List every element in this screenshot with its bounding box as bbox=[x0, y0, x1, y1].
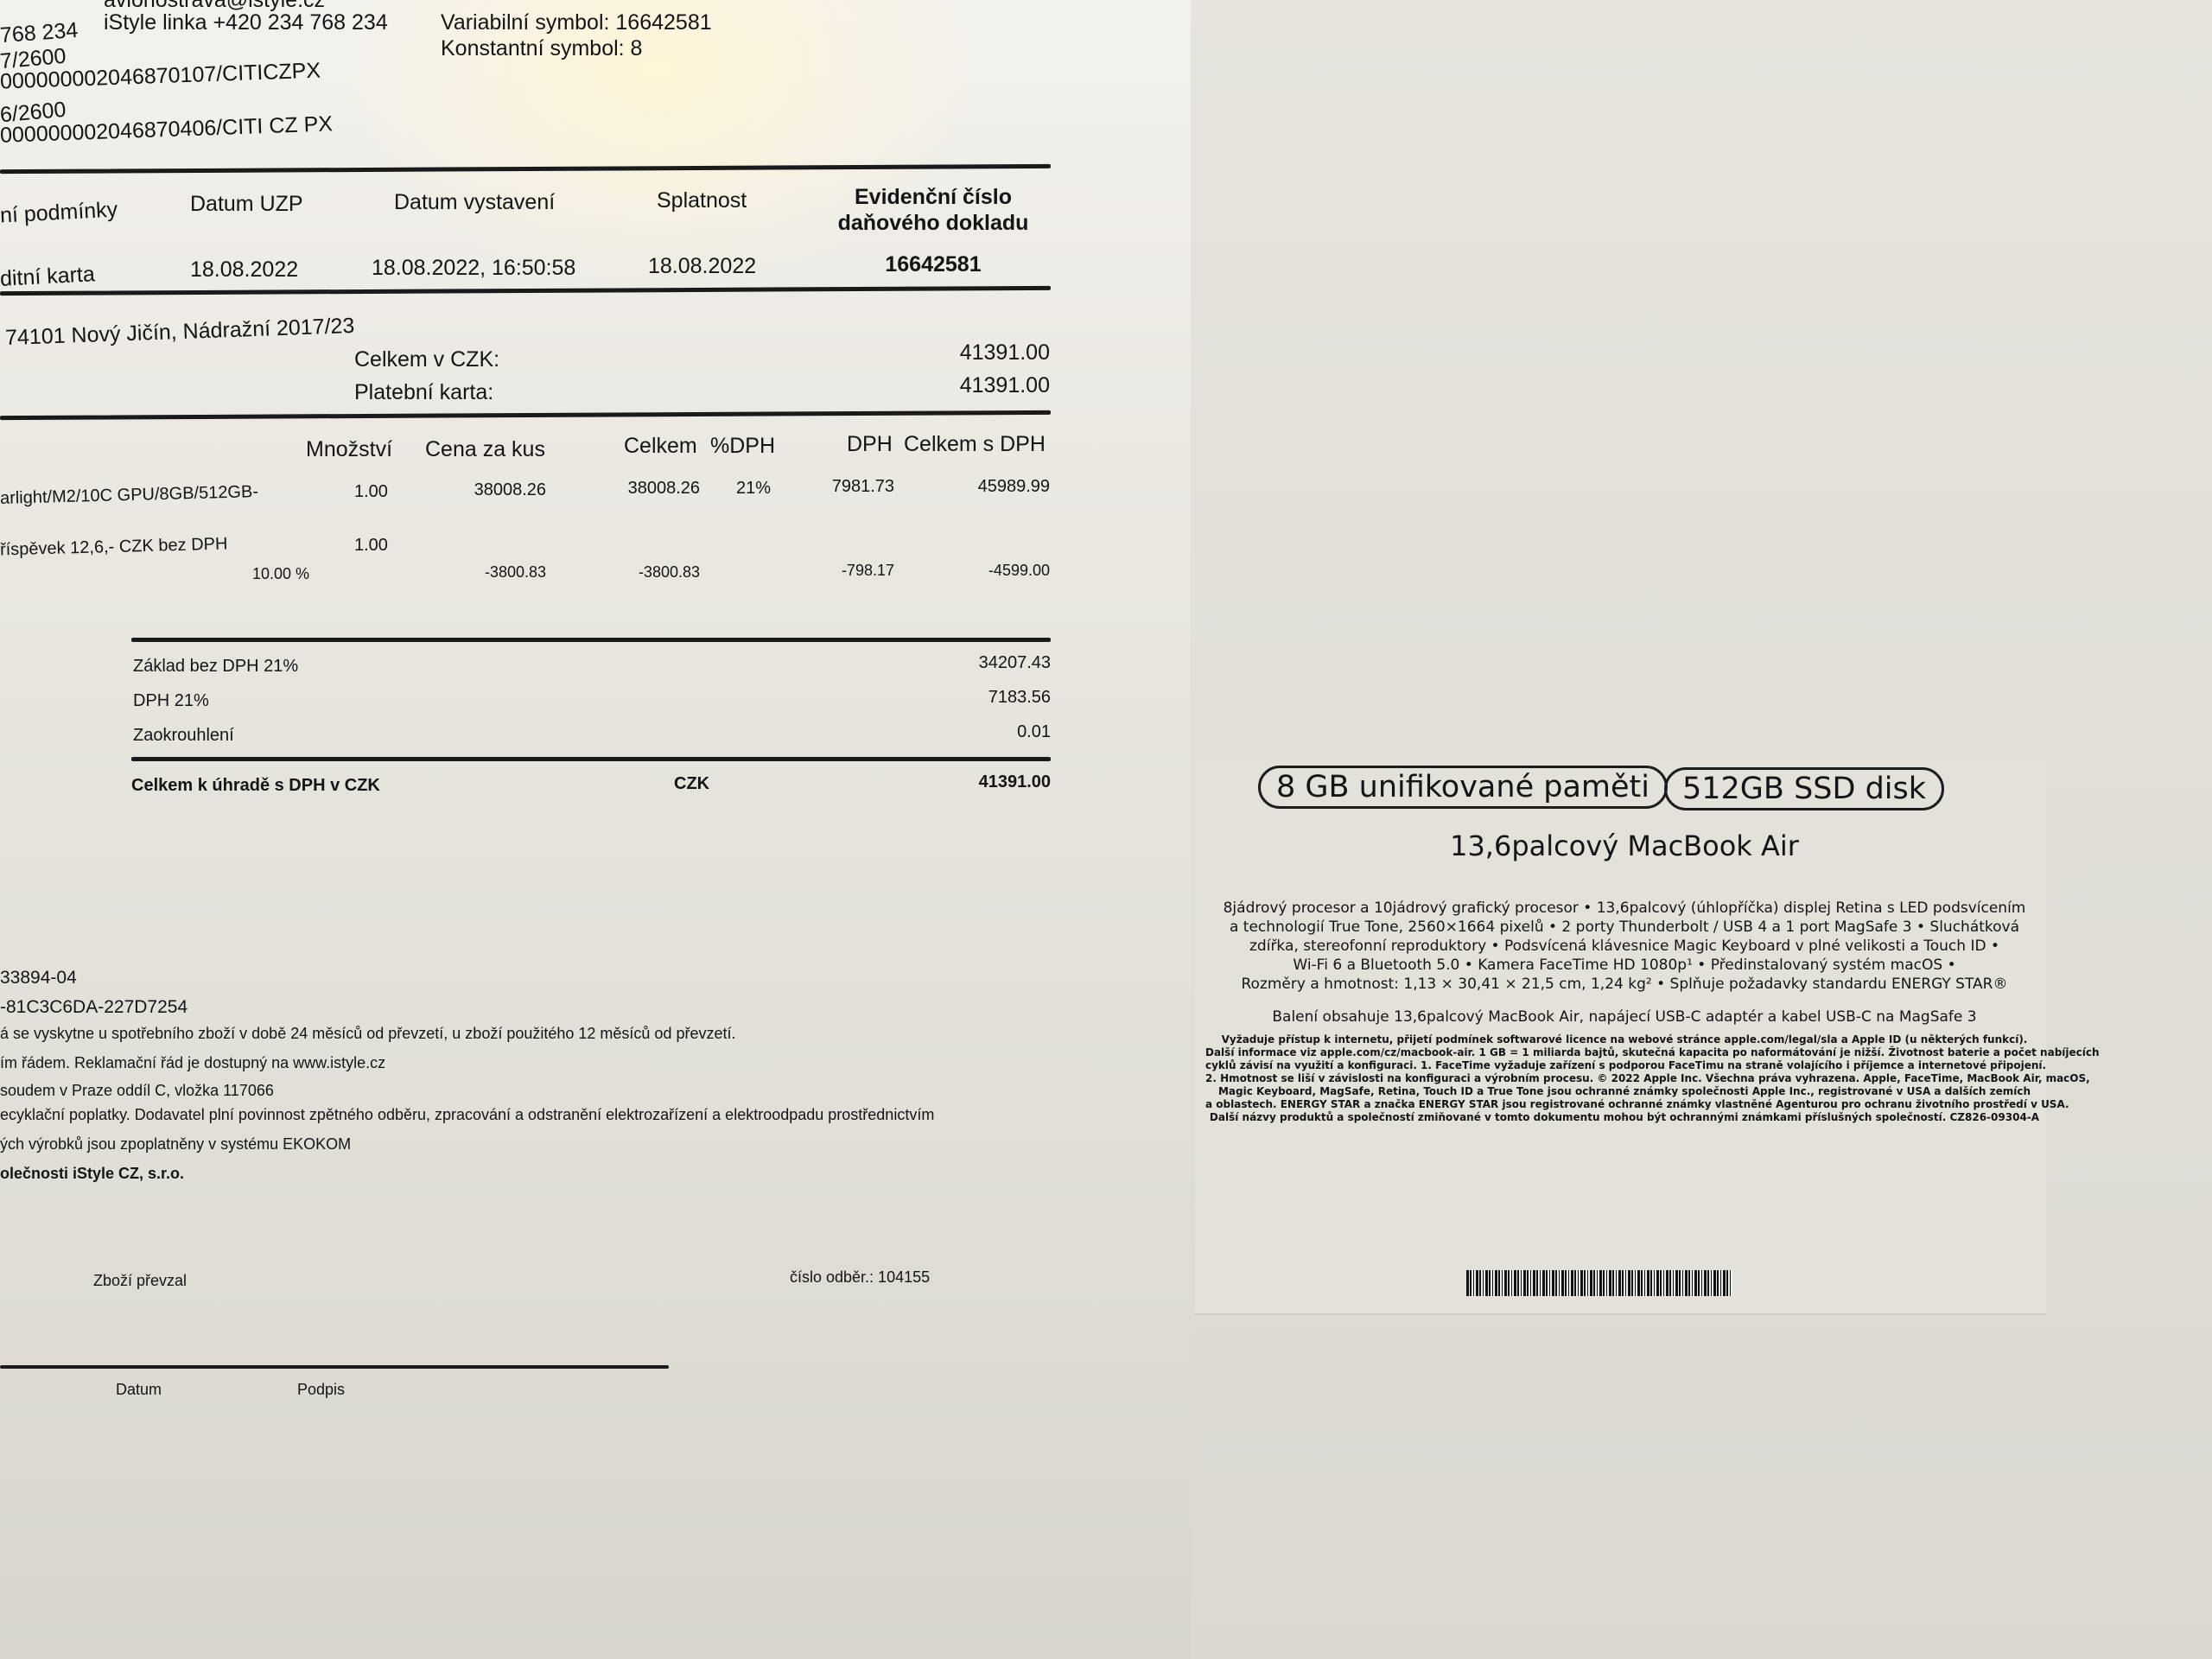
footer-line: ých výrobků jsou zpoplatněny v systému E… bbox=[0, 1135, 351, 1154]
item-total: 38008.26 bbox=[588, 479, 700, 499]
constant-symbol: Konstantní symbol: 8 bbox=[441, 36, 642, 61]
fine-print-line: Magic Keyboard, MagSafe, Retina, Touch I… bbox=[1205, 1085, 2044, 1098]
footer-line: á se vyskytne u spotřebního zboží v době… bbox=[0, 1025, 735, 1043]
total-vat-header: Celkem s DPH bbox=[904, 432, 1046, 457]
pickup-number: číslo odběr.: 104155 bbox=[790, 1268, 930, 1287]
total-czk-label: Celkem v CZK: bbox=[354, 347, 499, 372]
item-qty: 1.00 bbox=[354, 482, 388, 502]
package-contents-text: Balení obsahuje 13,6palcový MacBook Air,… bbox=[1205, 1007, 2044, 1027]
due-date-header: Splatnost bbox=[657, 188, 747, 213]
card-payment-value: 41391.00 bbox=[864, 373, 1050, 398]
grand-total-value: 41391.00 bbox=[864, 772, 1051, 792]
footer-line: 33894-04 bbox=[0, 968, 77, 988]
signature-line bbox=[0, 1365, 669, 1369]
variable-symbol: Variabilní symbol: 16642581 bbox=[441, 10, 712, 35]
item-unit-price: 38008.26 bbox=[432, 480, 546, 500]
memory-badge: 8 GB unifikované paměti bbox=[1258, 766, 1668, 809]
footer-line: soudem v Praze oddíl C, vložka 117066 bbox=[0, 1082, 274, 1100]
footer-line: -81C3C6DA-227D7254 bbox=[0, 997, 188, 1018]
grand-total-label: Celkem k úhradě s DPH v CZK bbox=[131, 776, 380, 796]
footer-line: ecyklační poplatky. Dodavatel plní povin… bbox=[0, 1106, 934, 1124]
payment-terms-header: ní podmínky bbox=[0, 197, 118, 228]
tax-doc-number: 16642581 bbox=[829, 252, 1037, 277]
tax-doc-number-header: Evidenční číslo bbox=[829, 185, 1037, 210]
spec-list: 8jádrový procesor a 10jádrový grafický p… bbox=[1205, 899, 2044, 994]
grand-total-currency: CZK bbox=[674, 774, 709, 794]
fine-print-line: Další informace viz apple.com/cz/macbook… bbox=[1205, 1046, 2044, 1059]
divider bbox=[0, 164, 1051, 174]
vat-pct-header: %DPH bbox=[710, 434, 775, 459]
goods-received-label: Zboží převzal bbox=[93, 1272, 187, 1290]
product-title: 13,6palcový MacBook Air bbox=[1205, 829, 2044, 862]
fine-print-line: Další názvy produktů a společností zmiňo… bbox=[1205, 1111, 2044, 1124]
vat-base-label: Základ bez DPH 21% bbox=[133, 657, 298, 677]
vat-value: 7183.56 bbox=[864, 688, 1051, 708]
vat-base-value: 34207.43 bbox=[864, 653, 1051, 673]
item-total: -3800.83 bbox=[588, 563, 700, 582]
item-vat-pct: 21% bbox=[736, 479, 771, 499]
divider bbox=[0, 410, 1051, 420]
spec-line: Wi-Fi 6 a Bluetooth 5.0 • Kamera FaceTim… bbox=[1205, 956, 2044, 975]
divider bbox=[131, 638, 1051, 642]
footer-line: olečnosti iStyle CZ, s.r.o. bbox=[0, 1165, 184, 1183]
due-date: 18.08.2022 bbox=[648, 254, 756, 279]
barcode-icon bbox=[1466, 1270, 1732, 1296]
issue-date-header: Datum vystavení bbox=[394, 190, 555, 215]
date-uzp-header: Datum UZP bbox=[190, 192, 303, 217]
qty-header: Množství bbox=[306, 437, 392, 462]
item-qty: 1.00 bbox=[354, 536, 388, 556]
storage-badge: 512GB SSD disk bbox=[1664, 767, 1944, 810]
spec-line: 8jádrový procesor a 10jádrový grafický p… bbox=[1205, 899, 2044, 918]
vat-header: DPH bbox=[847, 432, 893, 457]
spec-line: zdířka, stereofonní reproduktory • Podsv… bbox=[1205, 937, 2044, 956]
fine-print-line: Vyžaduje přístup k internetu, přijetí po… bbox=[1205, 1033, 2044, 1046]
date-uzp: 18.08.2022 bbox=[190, 257, 298, 283]
signature-label: Podpis bbox=[297, 1381, 345, 1399]
spec-line: a technologií True Tone, 2560×1664 pixel… bbox=[1205, 918, 2044, 937]
total-header: Celkem bbox=[624, 434, 697, 459]
item-total-vat: -4599.00 bbox=[925, 562, 1050, 580]
store-address: 74101 Nový Jičín, Nádražní 2017/23 bbox=[5, 314, 355, 351]
rounding-label: Zaokrouhlení bbox=[133, 726, 234, 746]
tax-doc-number-header-2: daňového dokladu bbox=[829, 211, 1037, 236]
receipt-paper: avionostrava@istyle.cz iStyle linka +420… bbox=[0, 0, 1191, 1659]
rounding-value: 0.01 bbox=[864, 722, 1051, 742]
item-unit-price: -3800.83 bbox=[432, 563, 546, 582]
unit-price-header: Cena za kus bbox=[425, 437, 545, 462]
item-discount-pct: 10.00 % bbox=[252, 565, 309, 583]
legal-fine-print: Vyžaduje přístup k internetu, přijetí po… bbox=[1205, 1033, 2044, 1124]
item-name: arlight/M2/10C GPU/8GB/512GB- bbox=[0, 482, 258, 509]
divider bbox=[131, 757, 1051, 761]
item-name: říspěvek 12,6,- CZK bez DPH bbox=[0, 535, 228, 561]
item-vat: -798.17 bbox=[795, 562, 894, 580]
payment-method: ditní karta bbox=[0, 262, 95, 292]
issue-date: 18.08.2022, 16:50:58 bbox=[372, 256, 575, 281]
fine-print-line: cyklů závisí na využití a konfiguraci. 1… bbox=[1205, 1059, 2044, 1072]
item-total-vat: 45989.99 bbox=[925, 477, 1050, 497]
package-contents: Balení obsahuje 13,6palcový MacBook Air,… bbox=[1205, 1007, 2044, 1027]
card-payment-label: Platební karta: bbox=[354, 380, 493, 405]
spec-line: Rozměry a hmotnost: 1,13 × 30,41 × 21,5 … bbox=[1205, 975, 2044, 994]
vat-label: DPH 21% bbox=[133, 691, 209, 711]
phone-fragment: 768 234 bbox=[0, 18, 79, 48]
footer-line: ím řádem. Reklamační řád je dostupný na … bbox=[0, 1054, 385, 1072]
item-vat: 7981.73 bbox=[795, 477, 894, 497]
total-czk-value: 41391.00 bbox=[864, 340, 1050, 365]
date-label: Datum bbox=[116, 1381, 162, 1399]
store-hotline: iStyle linka +420 234 768 234 bbox=[104, 10, 388, 35]
fine-print-line: a oblastech. ENERGY STAR a značka ENERGY… bbox=[1205, 1098, 2044, 1111]
divider bbox=[0, 286, 1051, 296]
fine-print-line: 2. Hmotnost se liší v závislosti na konf… bbox=[1205, 1072, 2044, 1085]
